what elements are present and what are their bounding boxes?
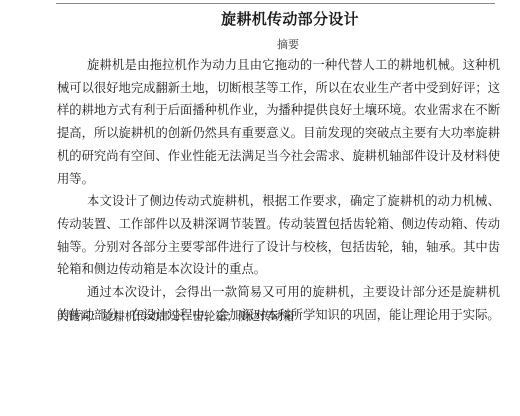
abstract-paragraph-1: 旋耕机是由拖拉机作为动力且由它拖动的一种代替人工的耕地机械。这种机械可以很好地完… (57, 54, 500, 190)
abstract-heading: 摘要 (0, 37, 520, 53)
keywords-line: 关键词：旋耕机传动部分；齿轮箱；侧边传动箱 (57, 308, 294, 326)
abstract-body: 旋耕机是由拖拉机作为动力且由它拖动的一种代替人工的耕地机械。这种机械可以很好地完… (57, 54, 500, 326)
header-rule (56, 3, 495, 4)
abstract-paragraph-2: 本文设计了侧边传动式旋耕机，根据工作要求，确定了旋耕机的动力机械、传动装置、工作… (57, 190, 500, 281)
document-title: 旋耕机传动部分设计 (0, 8, 520, 30)
